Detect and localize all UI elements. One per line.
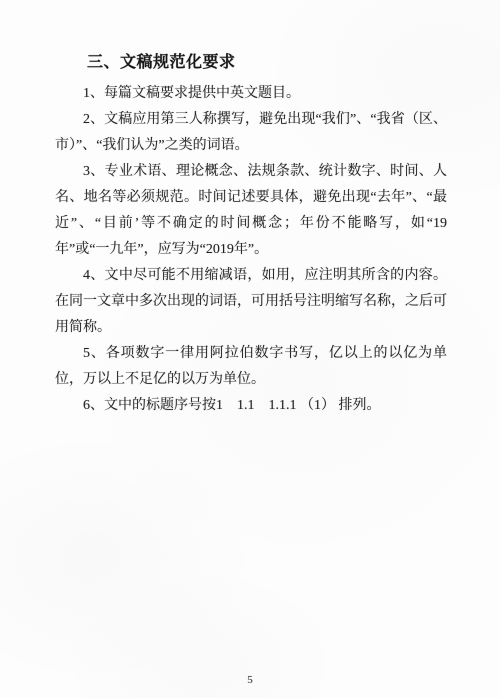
- paragraph-item-4: 4、文中尽可能不用缩减语，如用，应注明其所含的内容。在同一文章中多次出现的词语，…: [55, 263, 447, 341]
- paragraph-item-3: 3、专业术语、理论概念、法规条款、统计数字、时间、人名、地名等必须规范。时间记述…: [55, 159, 447, 263]
- section-heading: 三、文稿规范化要求: [55, 50, 447, 76]
- paragraph-item-2: 2、文稿应用第三人称撰写，避免出现“我们”、“我省（区、市）”、“我们认为”之类…: [55, 107, 447, 159]
- paragraph-item-1: 1、每篇文稿要求提供中英文题目。: [55, 81, 447, 107]
- document-body: 三、文稿规范化要求 1、每篇文稿要求提供中英文题目。 2、文稿应用第三人称撰写，…: [55, 50, 447, 419]
- paragraph-item-5: 5、各项数字一律用阿拉伯数字书写，亿以上的以亿为单位，万以上不足亿的以万为单位。: [55, 341, 447, 393]
- paragraph-item-6: 6、文中的标题序号按1 1.1 1.1.1 （1） 排列。: [55, 393, 447, 419]
- page-number: 5: [0, 674, 500, 686]
- scanned-document-page: 三、文稿规范化要求 1、每篇文稿要求提供中英文题目。 2、文稿应用第三人称撰写，…: [0, 0, 500, 698]
